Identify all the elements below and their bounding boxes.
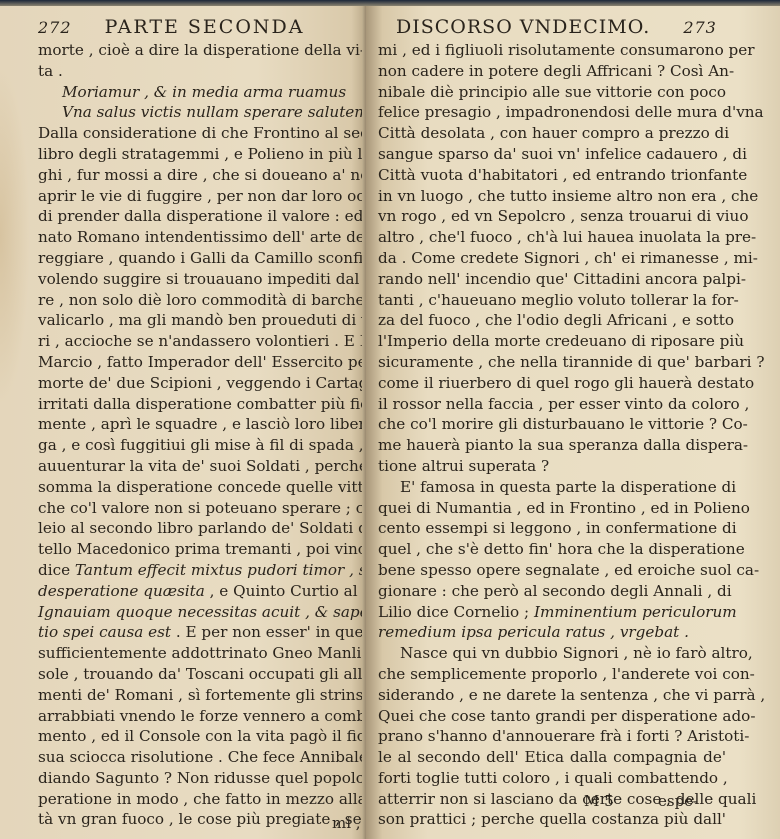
text-line: Ignauiam quoque necessitas acuit , & sap…	[38, 602, 360, 623]
text-line: somma la disperatione concede quelle vit…	[38, 477, 360, 498]
text-line: sangue sparso da' suoi vn' infelice cada…	[378, 144, 726, 165]
text-line: morte de' due Scipioni , veggendo i Cart…	[38, 373, 360, 394]
text-line: dice Tantum effecit mixtus pudori timor …	[38, 560, 360, 581]
text-line: menti de' Romani , sì fortemente gli str…	[38, 685, 360, 706]
catchword: espe-	[658, 792, 698, 810]
text-line: volendo suggire si trouauano impediti da…	[38, 269, 360, 290]
text-line: sicuramente , che nella tirannide di que…	[378, 352, 726, 373]
text-line: Vna salus victis nullam sperare salutem.	[38, 102, 360, 123]
text-line: che co'l morire gli disturbauano le vitt…	[378, 414, 726, 435]
text-line: in vn luogo , che tutto insieme altro no…	[378, 186, 726, 207]
text-line: prano s'hanno d'annouerare frà i forti ?…	[378, 726, 726, 747]
right-page-body: mi , ed i figliuoli risolutamente consum…	[378, 40, 726, 830]
text-line: reggiare , quando i Galli da Camillo sco…	[38, 248, 360, 269]
text-line: son prattici ; perche quella costanza pi…	[378, 809, 726, 830]
text-line: altro , che'l fuoco , ch'à lui hauea inu…	[378, 227, 726, 248]
text-line: Moriamur , & in media arma ruamus	[38, 82, 360, 103]
text-line: tione altrui superata ?	[378, 456, 726, 477]
text-line: che semplicemente proporlo , l'anderete …	[378, 664, 726, 685]
right-page-header: DISCORSO VNDECIMO. 273	[396, 16, 717, 42]
text-line: felice presagio , impadronendosi delle m…	[378, 102, 726, 123]
text-line: ghi , fur mossi a dire , che si doueano …	[38, 165, 360, 186]
text-line: come il riuerbero di quel rogo gli hauer…	[378, 373, 726, 394]
text-line: tello Macedonico prima tremanti , poi vi…	[38, 539, 360, 560]
running-head: PARTE SECONDA	[105, 16, 305, 38]
running-head: DISCORSO VNDECIMO.	[396, 16, 650, 38]
text-line: l'Imperio della morte credeuano di ripos…	[378, 331, 726, 352]
text-line: me hauerà pianto la sua speranza dalla d…	[378, 435, 726, 456]
text-line: tio spei causa est . E per non esser' in…	[38, 622, 360, 643]
text-line: il rossor nella faccia , per esser vinto…	[378, 394, 726, 415]
text-line: Quei che cose tanto grandi per disperati…	[378, 706, 726, 727]
text-line: remedium ipsa pericula ratus , vrgebat .	[378, 622, 726, 643]
text-line: nibale diè principio alle sue vittorie c…	[378, 82, 726, 103]
text-line: Nasce qui vn dubbio Signori , nè io farò…	[378, 643, 726, 664]
text-line: Lilio dice Cornelio ; Imminentium pericu…	[378, 602, 726, 623]
text-line: rando nell' incendio que' Cittadini anco…	[378, 269, 726, 290]
left-page: 272 PARTE SECONDA morte , cioè a dire la…	[0, 6, 366, 839]
text-line: tà vn gran fuoco , le cose più pregiate …	[38, 809, 360, 830]
text-line: E' famosa in questa parte la disperation…	[378, 477, 726, 498]
paper-stain	[0, 66, 30, 406]
text-line: non cadere in potere degli Affricani ? C…	[378, 61, 726, 82]
signature-mark: M 5	[584, 792, 614, 810]
text-line: re , non solo diè loro commodità di barc…	[38, 290, 360, 311]
text-line: Dalla consideratione di che Frontino al …	[38, 123, 360, 144]
left-page-body: morte , cioè a dire la disperatione dell…	[38, 40, 360, 830]
text-line: quel , che s'è detto fin' hora che la di…	[378, 539, 726, 560]
book-spread: 272 PARTE SECONDA morte , cioè a dire la…	[0, 0, 780, 839]
text-line: aprir le vie di fuggire , per non dar lo…	[38, 186, 360, 207]
text-line: auuenturar la vita de' suoi Soldati , pe…	[38, 456, 360, 477]
text-line: vn rogo , ed vn Sepolcro , senza trouaru…	[378, 206, 726, 227]
text-line: forti toglie tutti coloro , i quali comb…	[378, 768, 726, 789]
text-line: siderando , e ne darete la sentenza , ch…	[378, 685, 726, 706]
page-number: 272	[38, 18, 72, 37]
text-line: gionare : che però al secondo degli Anna…	[378, 581, 726, 602]
page-number: 273	[683, 18, 717, 37]
text-line: da . Come credete Signori , ch' ei riman…	[378, 248, 726, 269]
left-page-header: 272 PARTE SECONDA	[38, 16, 305, 42]
text-line: diando Sagunto ? Non ridusse quel popolo…	[38, 768, 360, 789]
text-line: valicarlo , ma gli mandò ben proueduti d…	[38, 310, 360, 331]
text-line: sua sciocca risolutione . Che fece Annib…	[38, 747, 360, 768]
text-line: irritati dalla disperatione combatter pi…	[38, 394, 360, 415]
text-line: cento essempi si leggono , in confermati…	[378, 518, 726, 539]
text-line: mente , aprì le squadre , e lasciò loro …	[38, 414, 360, 435]
text-line: desperatione quæsita , e Quinto Curtio a…	[38, 581, 360, 602]
text-line: mento , ed il Console con la vita pagò i…	[38, 726, 360, 747]
text-line: Marcio , fatto Imperador dell' Essercito…	[38, 352, 360, 373]
text-line: bene spesso opere segnalate , ed eroiche…	[378, 560, 726, 581]
catchword: mi ,	[332, 814, 361, 832]
text-line: che co'l valore non si poteuano sperare …	[38, 498, 360, 519]
text-line: libro degli stratagemmi , e Polieno in p…	[38, 144, 360, 165]
text-line: morte , cioè a dire la disperatione dell…	[38, 40, 360, 61]
text-line: nato Romano intendentissimo dell' arte d…	[38, 227, 360, 248]
text-line: ga , e così fuggitiui gli mise à fil di …	[38, 435, 360, 456]
text-line: ta .	[38, 61, 360, 82]
text-line: le al secondo dell' Etica dalla compagni…	[378, 747, 726, 768]
text-line: Città desolata , con hauer compro a prez…	[378, 123, 726, 144]
text-line: di prender dalla disperatione il valore …	[38, 206, 360, 227]
right-page: DISCORSO VNDECIMO. 273 mi , ed i figliuo…	[366, 6, 780, 839]
text-line: tanti , c'haueuano meglio voluto tollera…	[378, 290, 726, 311]
text-line: mi , ed i figliuoli risolutamente consum…	[378, 40, 726, 61]
text-line: peratione in modo , che fatto in mezzo a…	[38, 789, 360, 810]
text-line: ri , accioche se n'andassero volontieri …	[38, 331, 360, 352]
text-line: sufficientemente addottrinato Gneo Manli…	[38, 643, 360, 664]
text-line: leio al secondo libro parlando de' Solda…	[38, 518, 360, 539]
text-line: Città vuota d'habitatori , ed entrando t…	[378, 165, 726, 186]
text-line: sole , trouando da' Toscani occupati gli…	[38, 664, 360, 685]
text-line: arrabbiati vnendo le forze vennero a com…	[38, 706, 360, 727]
text-line: za del fuoco , che l'odio degli Africani…	[378, 310, 726, 331]
text-line: quei di Numantia , ed in Frontino , ed i…	[378, 498, 726, 519]
